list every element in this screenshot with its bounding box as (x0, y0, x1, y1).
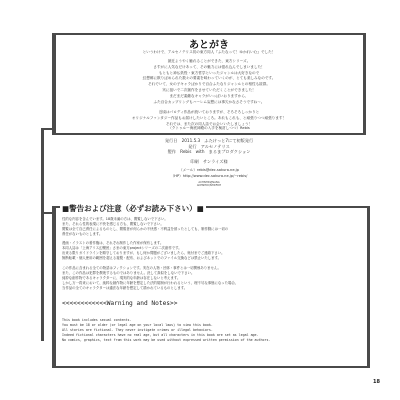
warning-block-2: 漫画・イラストの著作権は、それぞれ制作した作家が保有します。 本同人誌は「上海ア… (62, 241, 362, 261)
english-warning-title: <<<<<<<<<<<<Warning and Notes>> (62, 300, 177, 307)
frame-connector-line (41, 128, 44, 341)
warning-block-3: この作品に含まれる全ての物語はフィクションです。実在の人物・団体・事件とは一切関… (62, 266, 362, 291)
text-line: 責任がないものとします。 (62, 232, 362, 237)
page-number: 18 (373, 379, 380, 385)
colophon: 発行日 2011.5.3 ふたけっと7にて初版発行 発行 アルセノテリス 製作 … (52, 138, 366, 187)
text-line: 当作品の全てのキャラクターは適法な年齢を想定して描かれているものとします。 (62, 286, 362, 291)
text-line: ふた百合カップリングもハーレム妄想には事欠かなさそうですね〜。 (52, 100, 366, 106)
colophon-code: ACHNHDI/NHDFDH (52, 184, 366, 187)
text-line: 無断転載・個人使用の範囲を超える複製・配布、およびネットでのファイル交換などは禁… (62, 256, 362, 261)
afterword-paragraph-1: 最近ようやく触れることができた、東方シリーズ。 さすがに人気なだけあって、その魅… (52, 59, 366, 105)
text-line: No comics, graphics, text from this work… (62, 338, 270, 343)
afterword-signature: （クトゥルー海底神殿の入手を検討しつつ）Rebis (52, 126, 366, 132)
afterword-paragraph-2: 近頃はパロディ作品が続いておりますが、そろそろしっかりと オリジナルファンタジー… (52, 110, 366, 127)
warning-title: ■警告および注意（必ずお読み下さい）■ (60, 203, 206, 214)
english-warning-notes: This book includes sexual contents. You … (62, 318, 270, 343)
afterword-title: あとがき (52, 36, 366, 51)
warning-block-1: 性的な内容を含んでいます。18歳未満の方は、閲覧しないで下さい。 また、それら性… (62, 217, 362, 237)
afterword-intro: というわけで、アルセノテリス初の東方同人『ふたなって！ゆかれいむ』でした！ (52, 50, 366, 56)
